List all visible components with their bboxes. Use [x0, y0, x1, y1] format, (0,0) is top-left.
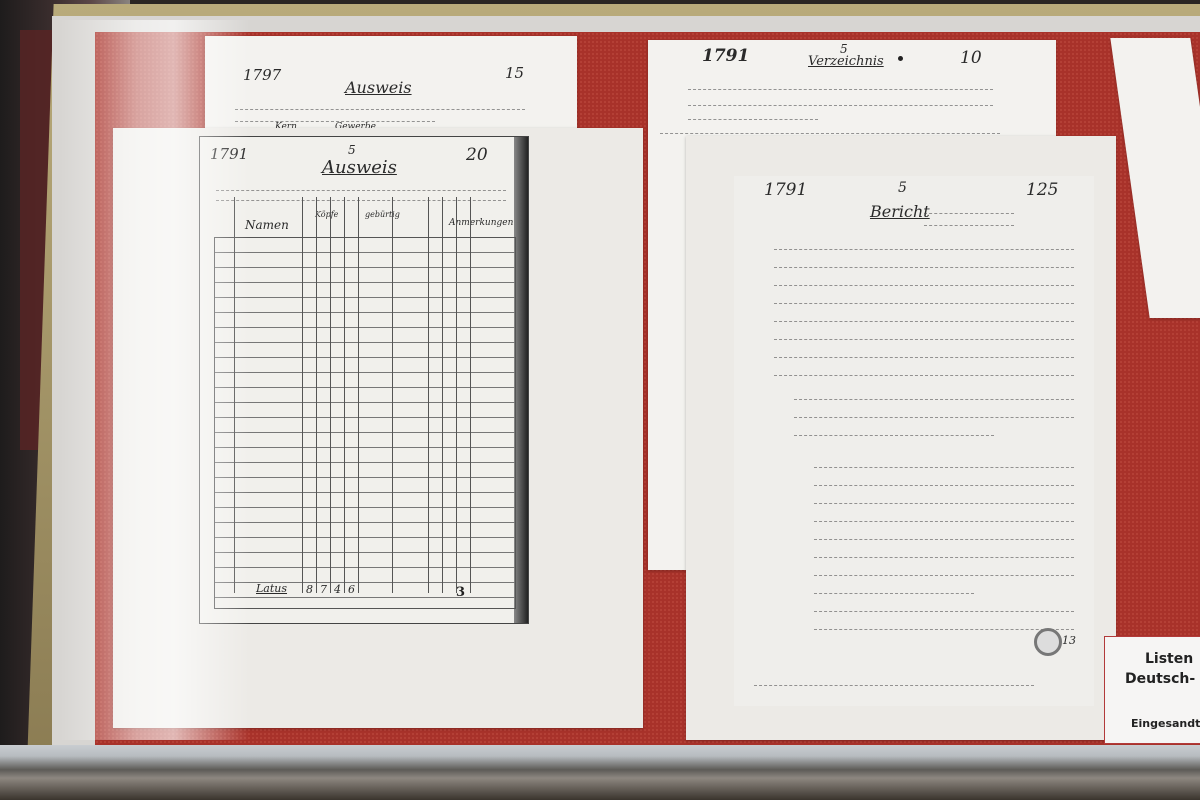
table-column-line: [302, 197, 303, 593]
doc-year: 1791: [764, 180, 807, 200]
handwriting-line: [660, 132, 1000, 134]
header-koepfe: Köpfe: [315, 210, 338, 219]
handwriting-line: [688, 88, 993, 90]
header-namen: Namen: [245, 218, 289, 232]
table-column-line: [316, 197, 317, 593]
roster-sheet: 1791 5 Ausweis 20 Namen Köpfe gebürtig A…: [199, 136, 529, 624]
handwriting-line: [794, 398, 1074, 400]
punch-hole: [898, 56, 903, 61]
table-column-line: [344, 197, 345, 593]
handwriting-line: [814, 520, 1074, 522]
doc-title: Ausweis: [345, 78, 412, 97]
doc-title: Bericht: [870, 202, 930, 221]
handwriting-line: [814, 466, 1074, 468]
scan-edge: [514, 137, 528, 623]
handwriting-line: [688, 118, 818, 120]
handwriting-line: [774, 248, 1074, 250]
header-anmerkungen: Anmerkungen: [449, 218, 513, 228]
doc-year: 1791: [702, 46, 749, 66]
handwriting-line: [774, 320, 1074, 322]
handwriting-line: [814, 628, 1074, 630]
handwriting-line: [774, 284, 1074, 286]
label-line-2: Deutsch-: [1125, 671, 1195, 687]
footer-label: Latus: [256, 582, 287, 595]
table-column-line: [456, 197, 457, 593]
doc-section: 5: [348, 143, 356, 157]
signature-line: [754, 684, 1034, 686]
doc-year: 1797: [243, 66, 281, 84]
handwriting-line: [235, 108, 525, 110]
table-column-line: [234, 197, 235, 593]
header-gebuertig: gebürtig: [365, 210, 400, 219]
total-3: 4: [334, 583, 341, 596]
handwriting-line: [774, 266, 1074, 268]
handwriting-line: [814, 484, 1074, 486]
handwriting-line: [774, 356, 1074, 358]
table-column-line: [392, 197, 393, 593]
handwriting-line: [814, 538, 1074, 540]
handwriting-line: [924, 224, 1014, 226]
handwriting-line: [924, 212, 1014, 214]
handwriting-line: [814, 556, 1074, 558]
doc-year: 1791: [210, 145, 248, 163]
doc-title: Verzeichnis: [808, 54, 884, 69]
document-roster: 1791 5 Ausweis 20 Namen Köpfe gebürtig A…: [113, 128, 643, 728]
handwriting-line: [774, 374, 1074, 376]
footer-number: 3: [456, 585, 465, 600]
document-letter: 1791 5 125 Bericht 13: [686, 136, 1116, 740]
table-column-line: [428, 197, 429, 593]
doc-page-number: 125: [1026, 180, 1058, 200]
doc-page-number: 20: [466, 145, 488, 165]
handwriting-line: [216, 199, 506, 201]
table-column-line: [442, 197, 443, 593]
case-bottom-rail: [0, 745, 1200, 800]
stamp-number: 13: [1062, 634, 1076, 647]
letter-sheet: 1791 5 125 Bericht 13: [734, 176, 1094, 706]
doc-section: 5: [898, 180, 907, 196]
handwriting-line: [794, 434, 994, 436]
total-4: 6: [348, 583, 355, 596]
doc-title: Ausweis: [322, 157, 397, 178]
total-1: 8: [306, 583, 313, 596]
handwriting-line: [774, 338, 1074, 340]
total-2: 7: [320, 583, 327, 596]
handwriting-line: [814, 592, 974, 594]
handwriting-line: [216, 189, 506, 191]
table-column-line: [330, 197, 331, 593]
label-line-1: Listen: [1145, 651, 1193, 667]
table-column-line: [470, 197, 471, 593]
table-column-line: [358, 197, 359, 593]
handwriting-line: [814, 502, 1074, 504]
label-line-3: Eingesandt: [1131, 717, 1200, 730]
handwriting-line: [814, 610, 1074, 612]
doc-page-number: 10: [960, 48, 982, 68]
handwriting-line: [774, 302, 1074, 304]
handwriting-line: [794, 416, 1074, 418]
archive-stamp: [1034, 628, 1062, 656]
exhibit-label: Listen Deutsch- Eingesandt: [1104, 636, 1200, 744]
handwriting-line: [688, 104, 993, 106]
doc-page-number: 15: [505, 64, 524, 82]
handwriting-line: [814, 574, 1074, 576]
